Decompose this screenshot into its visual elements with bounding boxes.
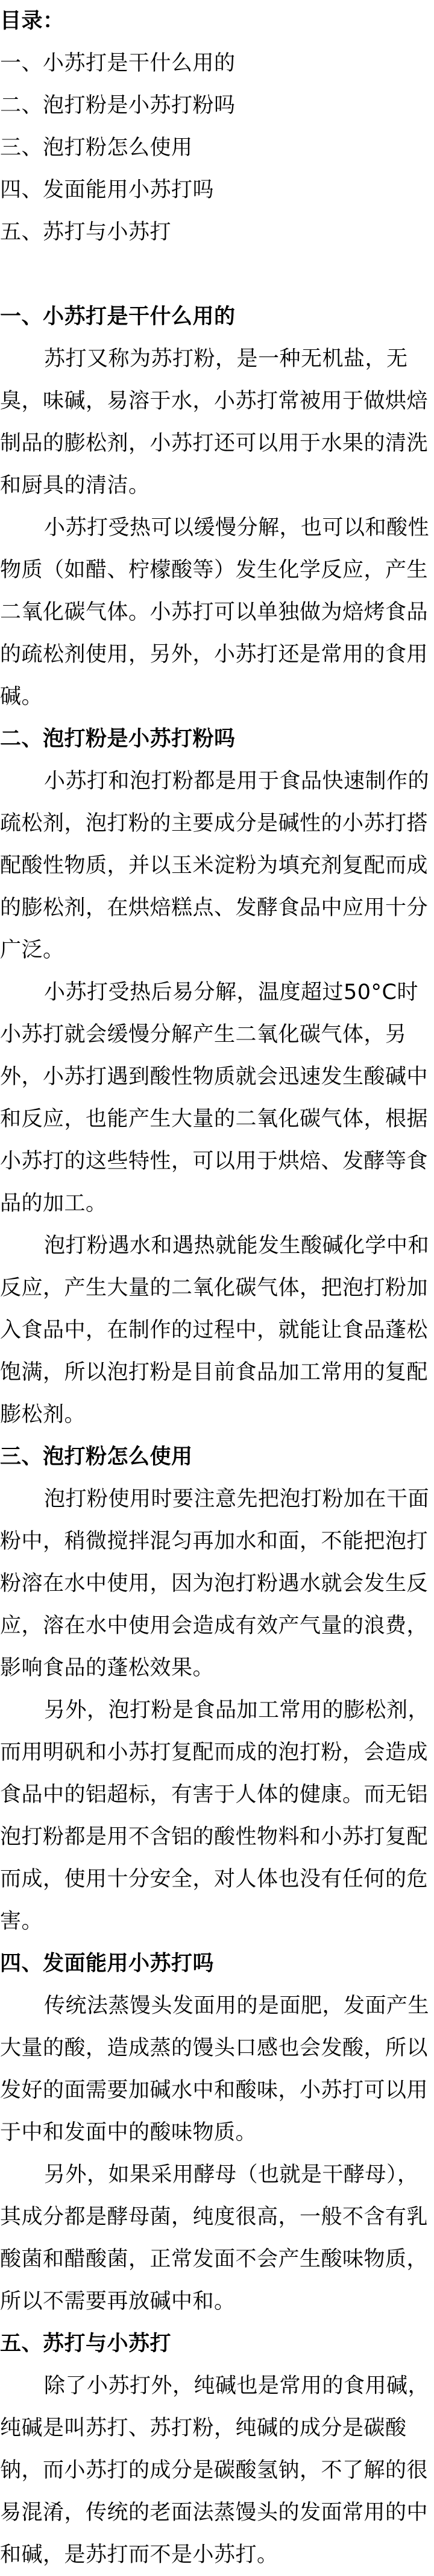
paragraph-line: 所以不需要再放碱中和。	[0, 2280, 434, 2323]
paragraph-line: 泡打粉遇水和遇热就能发生酸碱化学中和	[0, 1225, 434, 1267]
paragraph-line: 的膨松剂，在烘焙糕点、发酵食品中应用十分	[0, 887, 434, 929]
section-heading: 一、小苏打是干什么用的	[0, 296, 434, 338]
section-2: 二、泡打粉是小苏打粉吗 小苏打和泡打粉都是用于食品快速制作的 疏松剂，泡打粉的主…	[0, 718, 434, 1436]
toc-item-5[interactable]: 五、苏打与小苏打	[0, 211, 434, 253]
paragraph: 泡打粉使用时要注意先把泡打粉加在干面 粉中，稍微搅拌混匀再加水和面，不能把泡打 …	[0, 1478, 434, 1689]
paragraph-line: 和厨具的清洁。	[0, 465, 434, 507]
section-heading: 五、苏打与小苏打	[0, 2323, 434, 2365]
paragraph-line: 的疏松剂使用，另外，小苏打还是常用的食用	[0, 633, 434, 676]
spacer	[0, 253, 434, 296]
paragraph-line: 和反应，也能产生大量的二氧化碳气体，根据	[0, 1098, 434, 1140]
paragraph-line: 反应，产生大量的二氧化碳气体，把泡打粉加	[0, 1267, 434, 1309]
paragraph-line: 粉中，稍微搅拌混匀再加水和面，不能把泡打	[0, 1520, 434, 1562]
paragraph: 小苏打受热后易分解，温度超过50°C时 小苏打就会缓慢分解产生二氧化碳气体，另 …	[0, 971, 434, 1225]
toc-item-2[interactable]: 二、泡打粉是小苏打粉吗	[0, 84, 434, 127]
paragraph-line: 其成分都是酵母菌，纯度很高，一般不含有乳	[0, 2196, 434, 2238]
paragraph-line: 入食品中，在制作的过程中，就能让食品蓬松	[0, 1309, 434, 1351]
paragraph-line: 疏松剂，泡打粉的主要成分是碱性的小苏打搭	[0, 802, 434, 845]
toc-item-3[interactable]: 三、泡打粉怎么使用	[0, 127, 434, 169]
section-4: 四、发面能用小苏打吗 传统法蒸馒头发面用的是面肥，发面产生 大量的酸，造成蒸的馒…	[0, 1943, 434, 2323]
paragraph-line: 二氧化碳气体。小苏打可以单独做为焙烤食品	[0, 591, 434, 633]
toc-item-4[interactable]: 四、发面能用小苏打吗	[0, 169, 434, 211]
paragraph-line: 于中和发面中的酸味物质。	[0, 2111, 434, 2154]
paragraph-line: 小苏打的这些特性，可以用于烘焙、发酵等食	[0, 1140, 434, 1182]
paragraph-line: 钠，而小苏打的成分是碳酸氢钠，不了解的很	[0, 2449, 434, 2492]
paragraph-line: 纯碱是叫苏打、苏打粉，纯碱的成分是碳酸	[0, 2407, 434, 2449]
paragraph-line: 制品的膨松剂，小苏打还可以用于水果的清洗	[0, 422, 434, 465]
paragraph: 泡打粉遇水和遇热就能发生酸碱化学中和 反应，产生大量的二氧化碳气体，把泡打粉加 …	[0, 1225, 434, 1436]
paragraph-line: 苏打又称为苏打粉，是一种无机盐，无	[0, 338, 434, 380]
article: 目录： 一、小苏打是干什么用的 二、泡打粉是小苏打粉吗 三、泡打粉怎么使用 四、…	[0, 0, 434, 2576]
section-heading: 二、泡打粉是小苏打粉吗	[0, 718, 434, 760]
paragraph-line: 小苏打受热可以缓慢分解，也可以和酸性	[0, 507, 434, 549]
paragraph: 小苏打受热可以缓慢分解，也可以和酸性 物质（如醋、柠檬酸等）发生化学反应，产生 …	[0, 507, 434, 718]
paragraph-line: 泡打粉使用时要注意先把泡打粉加在干面	[0, 1478, 434, 1520]
paragraph-line: 应，溶在水中使用会造成有效产气量的浪费，	[0, 1605, 434, 1647]
paragraph: 除了小苏打外，纯碱也是常用的食用碱， 纯碱是叫苏打、苏打粉，纯碱的成分是碳酸 钠…	[0, 2365, 434, 2576]
paragraph-line: 广泛。	[0, 929, 434, 971]
paragraph-line: 另外，泡打粉是食品加工常用的膨松剂，	[0, 1689, 434, 1731]
paragraph-line: 害。	[0, 1900, 434, 1943]
paragraph-line: 影响食品的蓬松效果。	[0, 1647, 434, 1689]
paragraph-line: 和碱，是苏打而不是小苏打。	[0, 2534, 434, 2576]
paragraph-line: 配酸性物质，并以玉米淀粉为填充剂复配而成	[0, 845, 434, 887]
paragraph-line: 小苏打受热后易分解，温度超过50°C时	[0, 971, 434, 1014]
paragraph-line: 大量的酸，造成蒸的馒头口感也会发酸，所以	[0, 2027, 434, 2069]
paragraph-line: 发好的面需要加碱水中和酸味，小苏打可以用	[0, 2069, 434, 2111]
paragraph-line: 膨松剂。	[0, 1394, 434, 1436]
paragraph: 另外，如果采用酵母（也就是干酵母）， 其成分都是酵母菌，纯度很高，一般不含有乳 …	[0, 2154, 434, 2323]
paragraph-line: 物质（如醋、柠檬酸等）发生化学反应，产生	[0, 549, 434, 591]
paragraph-line: 臭，味碱，易溶于水，小苏打常被用于做烘焙	[0, 380, 434, 422]
paragraph-line: 另外，如果采用酵母（也就是干酵母），	[0, 2154, 434, 2196]
paragraph-line: 食品中的铝超标，有害于人体的健康。而无铝	[0, 1774, 434, 1816]
paragraph-line: 易混淆，传统的老面法蒸馒头的发面常用的中	[0, 2492, 434, 2534]
paragraph-line: 小苏打就会缓慢分解产生二氧化碳气体，另	[0, 1014, 434, 1056]
paragraph: 另外，泡打粉是食品加工常用的膨松剂， 而用明矾和小苏打复配而成的泡打粉，会造成 …	[0, 1689, 434, 1943]
paragraph-line: 小苏打和泡打粉都是用于食品快速制作的	[0, 760, 434, 802]
paragraph-line: 酸菌和醋酸菌，正常发面不会产生酸味物质，	[0, 2238, 434, 2280]
section-heading: 三、泡打粉怎么使用	[0, 1436, 434, 1478]
paragraph-line: 外，小苏打遇到酸性物质就会迅速发生酸碱中	[0, 1056, 434, 1098]
paragraph: 传统法蒸馒头发面用的是面肥，发面产生 大量的酸，造成蒸的馒头口感也会发酸，所以 …	[0, 1985, 434, 2154]
toc-title: 目录：	[0, 0, 434, 42]
paragraph: 小苏打和泡打粉都是用于食品快速制作的 疏松剂，泡打粉的主要成分是碱性的小苏打搭 …	[0, 760, 434, 971]
paragraph: 苏打又称为苏打粉，是一种无机盐，无 臭，味碱，易溶于水，小苏打常被用于做烘焙 制…	[0, 338, 434, 507]
paragraph-line: 泡打粉都是用不含铝的酸性物料和小苏打复配	[0, 1816, 434, 1858]
section-heading: 四、发面能用小苏打吗	[0, 1943, 434, 1985]
section-1: 一、小苏打是干什么用的 苏打又称为苏打粉，是一种无机盐，无 臭，味碱，易溶于水，…	[0, 296, 434, 718]
section-3: 三、泡打粉怎么使用 泡打粉使用时要注意先把泡打粉加在干面 粉中，稍微搅拌混匀再加…	[0, 1436, 434, 1943]
section-5: 五、苏打与小苏打 除了小苏打外，纯碱也是常用的食用碱， 纯碱是叫苏打、苏打粉，纯…	[0, 2323, 434, 2576]
paragraph-line: 而用明矾和小苏打复配而成的泡打粉，会造成	[0, 1731, 434, 1774]
paragraph-line: 饱满，所以泡打粉是目前食品加工常用的复配	[0, 1351, 434, 1394]
table-of-contents: 目录： 一、小苏打是干什么用的 二、泡打粉是小苏打粉吗 三、泡打粉怎么使用 四、…	[0, 0, 434, 253]
paragraph-line: 而成，使用十分安全，对人体也没有任何的危	[0, 1858, 434, 1900]
paragraph-line: 品的加工。	[0, 1182, 434, 1225]
paragraph-line: 粉溶在水中使用，因为泡打粉遇水就会发生反	[0, 1562, 434, 1605]
toc-item-1[interactable]: 一、小苏打是干什么用的	[0, 42, 434, 84]
paragraph-line: 除了小苏打外，纯碱也是常用的食用碱，	[0, 2365, 434, 2407]
paragraph-line: 传统法蒸馒头发面用的是面肥，发面产生	[0, 1985, 434, 2027]
paragraph-line: 碱。	[0, 676, 434, 718]
